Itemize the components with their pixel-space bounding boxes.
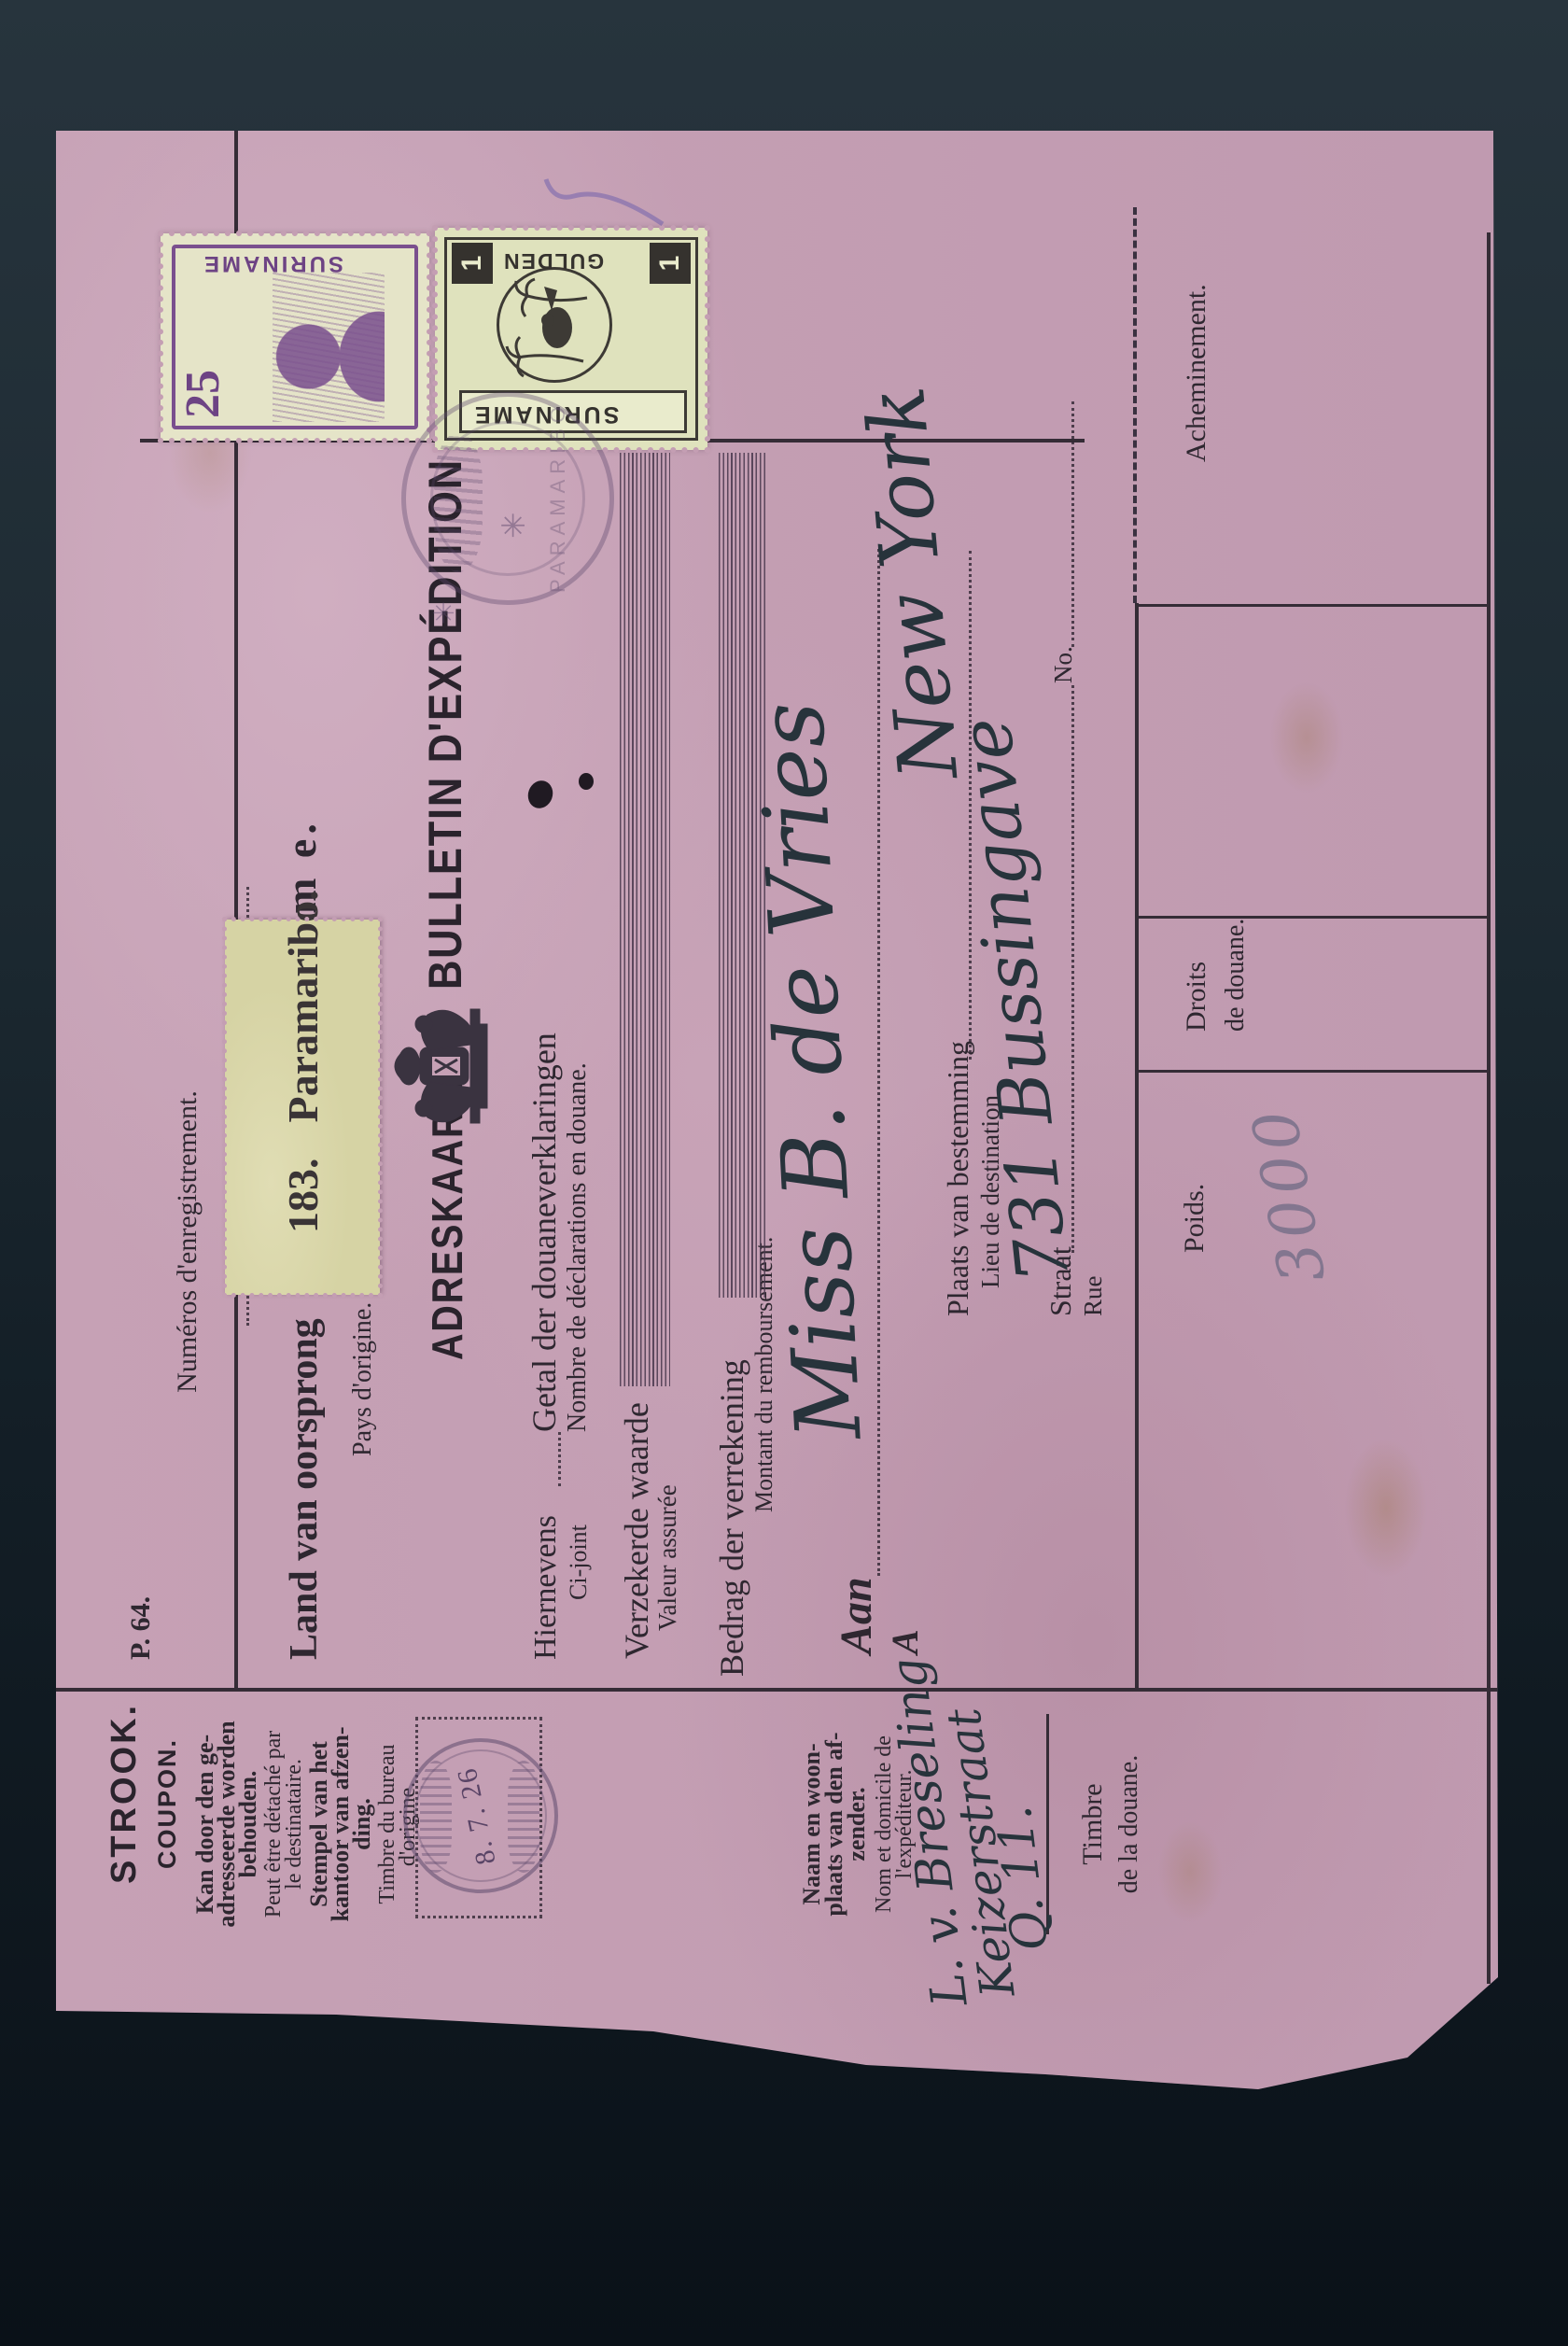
keep-note-fr: Peut être détaché par le destinataire.: [263, 1703, 304, 1946]
insured-void-hatch: [620, 453, 670, 1386]
origin-label-nl: Land van oorsprong: [282, 1318, 327, 1660]
droits-empty-divider: [1139, 916, 1490, 919]
postmark-star-icon: ✳: [428, 601, 461, 625]
scanner-background: P. 64. Numéros d'enregistrement. Land va…: [0, 0, 1568, 2346]
paper-stain: [1269, 681, 1344, 794]
toucan-palm-icon: [499, 275, 604, 380]
office-stamp-note-nl: Stempel van het kantoor van afzen- ding.: [308, 1703, 372, 1946]
enclosed-label-nl: Hiernevens: [528, 1515, 564, 1660]
to-label-nl: Aan: [831, 1577, 882, 1654]
registration-caption: Numéros d'enregistrement.: [172, 999, 203, 1484]
paper-stain: [1157, 1820, 1223, 1923]
keep-note-line: behouden.: [234, 1771, 261, 1878]
to-label-fr: A: [883, 1629, 927, 1654]
stamp-1g-numeral-bottom: 1: [650, 243, 691, 284]
form-number: P. 64.: [125, 1596, 157, 1660]
stamp-1g-currency: GULDEN: [502, 248, 604, 274]
office-stamp-line: ding.: [348, 1798, 375, 1850]
postmark-star-icon: ✳: [496, 513, 533, 540]
customs-duties-label-1: Droits: [1181, 962, 1212, 1032]
weight-handwriting: 3000: [1238, 1100, 1339, 1288]
ink-blot: [579, 773, 594, 790]
weight-label: Poids.: [1179, 1184, 1211, 1253]
coupon-divider-line: [56, 1688, 1498, 1692]
stamp-25c-country: SURINAME: [202, 250, 343, 276]
paper-stain: [1344, 1438, 1428, 1578]
enclosed-label-fr: Ci-joint: [565, 1524, 593, 1600]
origin-postmark: 8. 7. 26: [403, 1738, 558, 1893]
declarations-label-fr: Nombre de déclarations en douane.: [563, 1062, 593, 1432]
ink-blot: [525, 777, 557, 811]
empty-acheminement-divider: [1139, 604, 1490, 607]
routing-label: Acheminement.: [1181, 284, 1212, 462]
stamp-1g-medallion: [497, 267, 612, 383]
bottom-band-rule: [1135, 603, 1139, 1692]
street-number-dotted-line: [1071, 401, 1074, 647]
sender-label-nl: Naam en woon- plaats van den af- zender.: [801, 1703, 868, 1946]
customs-duties-label-2: de douane.: [1221, 919, 1251, 1032]
bottom-band-rule-dashed: [1133, 207, 1137, 603]
destination-label-nl: Plaats van bestemming: [941, 1041, 975, 1316]
parcel-card: P. 64. Numéros d'enregistrement. Land va…: [56, 131, 1498, 2231]
customs-stamp-label-2: de la douane.: [1114, 1714, 1144, 1934]
keep-note-nl: Kan door den ge- adresseerde worden beho…: [194, 1703, 259, 1946]
registration-office: Paramaribo.: [278, 890, 328, 1122]
sender-label-line: zender.: [843, 1787, 870, 1861]
registration-label: 183. Paramaribo.: [225, 920, 380, 1295]
street-number-label: No.: [1049, 646, 1078, 683]
customs-stamp-label-1: Timbre: [1077, 1714, 1109, 1934]
keep-note-line: le destinataire.: [282, 1759, 306, 1889]
bottom-frame-rule: [1487, 232, 1491, 1984]
declarations-label-nl: Getal der douaneverklaringen: [525, 1033, 564, 1432]
coat-of-arms-icon: [381, 996, 513, 1136]
poids-droits-divider: [1139, 1070, 1490, 1073]
registration-number: 183.: [278, 1159, 328, 1234]
cancellation-postmark: ✳ ✳ PARAMARIBO: [401, 392, 614, 605]
street-label-fr: Rue: [1079, 1276, 1108, 1317]
stamp-1g-numeral-top: 1: [452, 243, 493, 284]
enclosed-dotted-line: [558, 1432, 561, 1486]
coupon-title-nl: STROOK.: [105, 1703, 145, 1884]
insured-label-fr: Valeur assurée: [653, 1484, 682, 1631]
ink-squiggle: [541, 131, 672, 243]
stamp-25c: 25 SURINAME: [161, 233, 429, 441]
origin-label-fr: Pays d'origine.: [348, 1302, 378, 1456]
stamp-25c-engraving: [273, 273, 385, 422]
cod-label-nl: Bedrag der verrekening: [712, 1359, 751, 1677]
postmark-office: PARAMARIBO: [546, 406, 570, 593]
coupon-title-fr: COUPON.: [153, 1738, 182, 1869]
stamp-25c-value: 25: [175, 370, 231, 418]
insured-label-nl: Verzekerde waarde: [617, 1402, 656, 1659]
